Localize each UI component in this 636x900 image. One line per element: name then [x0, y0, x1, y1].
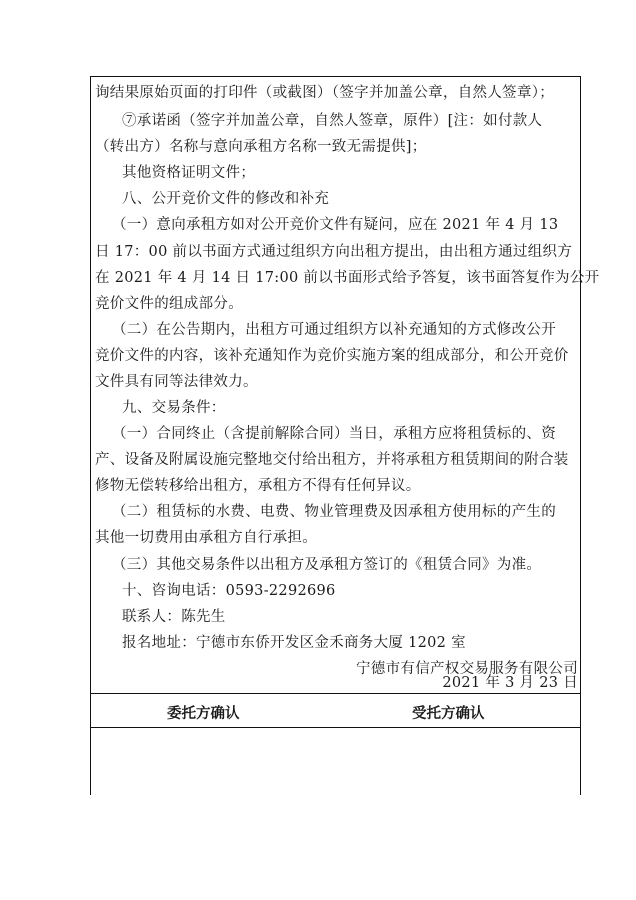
principal-confirm-label: 委托方确认 [167, 702, 240, 723]
body-line-16: 修物无偿转移给出租方，承租方不得有任何异议。 [95, 476, 421, 496]
body-line-17: （二）租赁标的水费、电费、物业管理费及因承租方使用标的产生的 [112, 502, 556, 522]
body-line-18: 其他一切费用由承租方自行承担。 [95, 528, 317, 548]
body-line-7: 日 17：00 前以书面方式通过组织方向出租方提出，由出租方通过组织方 [95, 242, 572, 262]
body-line-2: ⑦承诺函（签字并加盖公章，自然人签章，原件）[注：如付款人 [122, 111, 542, 131]
body-line-14: （一）合同终止（含提前解除合同）当日，承租方应将租赁标的、资 [112, 424, 556, 444]
body-line-9: 竞价文件的组成部分。 [95, 294, 243, 314]
body-line-15: 产、设备及附属设施完整地交付给出租方，并将承租方租赁期间的附合装 [95, 450, 569, 470]
body-line-12: 文件具有同等法律效力。 [95, 372, 258, 392]
section-heading-8: 八、公开竞价文件的修改和补充 [122, 189, 329, 209]
section-heading-9: 九、交易条件： [122, 398, 226, 418]
registration-address: 报名地址：宁德市东侨开发区金禾商务大厦 1202 室 [122, 633, 466, 653]
table-divider-top [90, 693, 581, 694]
consult-phone: 十、咨询电话：0593-2292696 [122, 581, 336, 601]
body-line-6: （一）意向承租方如对公开竞价文件有疑问，应在 2021 年 4 月 13 [112, 215, 558, 235]
body-line-3: （转出方）名称与意向承租方名称一致无需提供]； [95, 137, 427, 157]
table-divider-bottom [90, 727, 581, 728]
body-line-8: 在 2021 年 4 月 14 日 17:00 前以书面形式给予答复，该书面答复… [95, 268, 599, 288]
body-line-10: （二）在公告期内，出租方可通过组织方以补充通知的方式修改公开 [112, 320, 556, 340]
body-line-4: 其他资格证明文件； [122, 163, 255, 183]
body-line-11: 竞价文件的内容，该补充通知作为竞价实施方案的组成部分，和公开竞价 [95, 346, 569, 366]
contact-person: 联系人：陈先生 [122, 607, 226, 627]
body-line-1: 询结果原始页面的打印件（或截图）（签字并加盖公章，自然人签章）； [95, 83, 554, 103]
agent-confirm-label: 受托方确认 [412, 702, 485, 723]
signature-date: 2021 年 3 月 23 日 [442, 673, 578, 693]
body-line-19: （三）其他交易条件以出租方及承租方签订的《租赁合同》为准。 [112, 555, 541, 575]
